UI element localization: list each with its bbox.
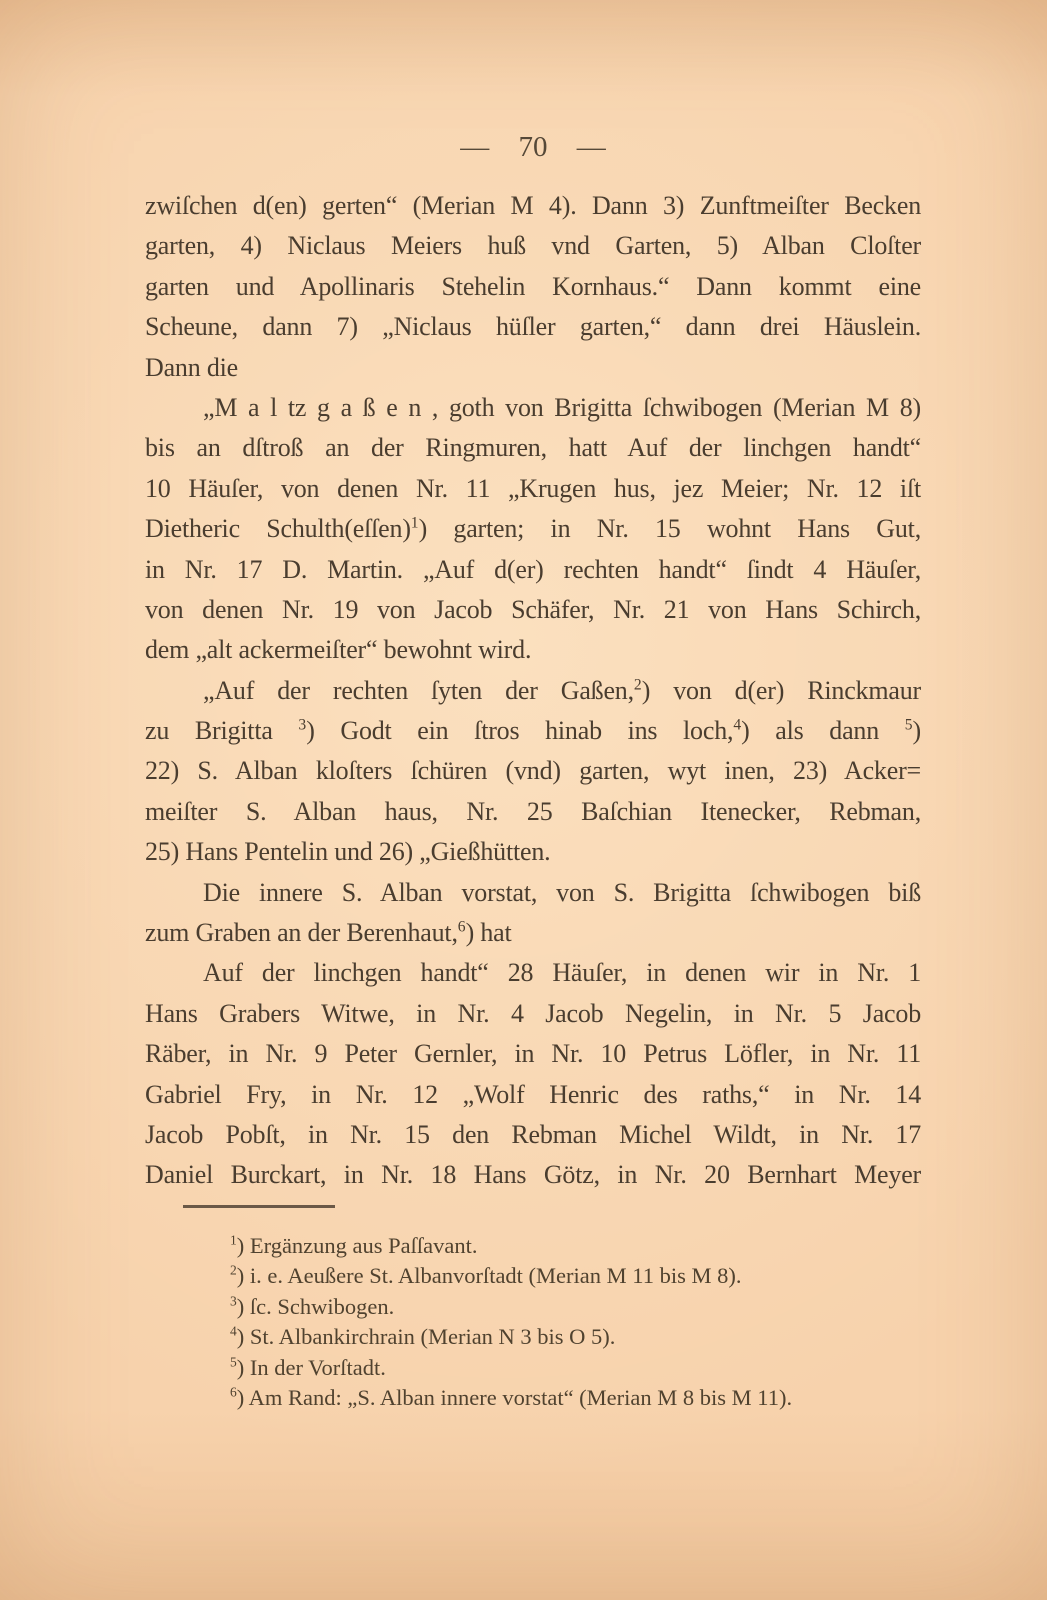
footnote: 3) ſc. Schwibogen.: [145, 1292, 923, 1322]
footnotes: 1) Ergänzung aus Paſſavant.2) i. e. Aeuß…: [145, 1231, 923, 1413]
text-line: bis an dſtroß an der Ringmuren, hatt Auf…: [145, 428, 921, 468]
footnote: 2) i. e. Aeußere St. Albanvorſtadt (Meri…: [145, 1261, 923, 1291]
text-line: Die innere S. Alban vorstat, von S. Brig…: [145, 873, 921, 913]
text-line: garten, 4) Niclaus Meiers huß vnd Garten…: [145, 226, 921, 266]
text-line: zu Brigitta 3) Godt ein ſtros hinab ins …: [145, 711, 921, 751]
text-line: zwiſchen d(en) gerten“ (Merian M 4). Dan…: [145, 186, 921, 226]
text-line: Daniel Burckart, in Nr. 18 Hans Götz, in…: [145, 1155, 921, 1195]
footnote: 4) St. Albankirchrain (Merian N 3 bis O …: [145, 1322, 923, 1352]
text-line: von denen Nr. 19 von Jacob Schäfer, Nr. …: [145, 590, 921, 630]
text-line: dem „alt ackermeiſter“ bewohnt wird.: [145, 630, 921, 670]
text-line: 22) S. Alban kloſters ſchüren (vnd) gart…: [145, 751, 921, 791]
footnote: 5) In der Vorſtadt.: [145, 1353, 923, 1383]
text-line: Hans Grabers Witwe, in Nr. 4 Jacob Negel…: [145, 994, 921, 1034]
footnote-separator: [183, 1205, 335, 1208]
text-line: meiſter S. Alban haus, Nr. 25 Baſchian I…: [145, 792, 921, 832]
text-line: „M a l tz g a ß e n , goth von Brigitta …: [145, 388, 921, 428]
text-line: Scheune, dann 7) „Niclaus hüſler garten,…: [145, 307, 921, 347]
text-line: Jacob Pobſt, in Nr. 15 den Rebman Michel…: [145, 1115, 921, 1155]
paragraph: zwiſchen d(en) gerten“ (Merian M 4). Dan…: [145, 186, 921, 388]
paragraph: „M a l tz g a ß e n , goth von Brigitta …: [145, 388, 921, 671]
book-page: — 70 — zwiſchen d(en) gerten“ (Merian M …: [0, 0, 1047, 1600]
paragraph: Auf der linchgen handt“ 28 Häuſer, in de…: [145, 953, 921, 1195]
paragraph: Die innere S. Alban vorstat, von S. Brig…: [145, 873, 921, 954]
text-line: zum Graben an der Berenhaut,6) hat: [145, 913, 921, 953]
body-text: zwiſchen d(en) gerten“ (Merian M 4). Dan…: [145, 186, 921, 1196]
footnote: 1) Ergänzung aus Paſſavant.: [145, 1231, 923, 1261]
text-line: Dann die: [145, 348, 921, 388]
footnote: 6) Am Rand: „S. Alban innere vorstat“ (M…: [145, 1383, 923, 1413]
text-line: garten und Apollinaris Stehelin Kornhaus…: [145, 267, 921, 307]
text-line: 10 Häuſer, von denen Nr. 11 „Krugen hus,…: [145, 469, 921, 509]
text-line: Gabriel Fry, in Nr. 12 „Wolf Henric des …: [145, 1075, 921, 1115]
text-line: Räber, in Nr. 9 Peter Gernler, in Nr. 10…: [145, 1034, 921, 1074]
text-line: Dietheric Schulth(eſſen)1) garten; in Nr…: [145, 509, 921, 549]
text-line: 25) Hans Pentelin und 26) „Gießhütten.: [145, 832, 921, 872]
page-number: — 70 —: [145, 130, 921, 164]
text-line: „Auf der rechten ſyten der Gaßen,2) von …: [145, 671, 921, 711]
text-line: Auf der linchgen handt“ 28 Häuſer, in de…: [145, 953, 921, 993]
text-line: in Nr. 17 D. Martin. „Auf d(er) rechten …: [145, 550, 921, 590]
paragraph: „Auf der rechten ſyten der Gaßen,2) von …: [145, 671, 921, 873]
